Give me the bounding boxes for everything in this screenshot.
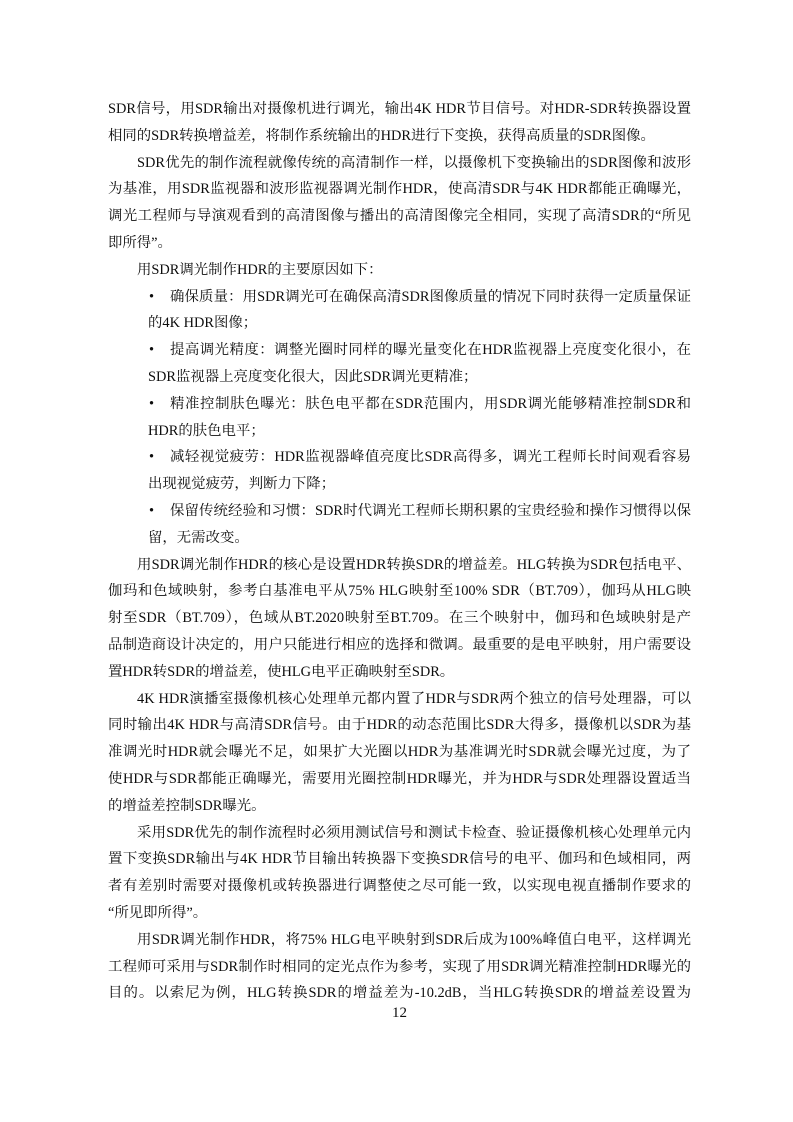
text-line: 品制造商设计决定的，用户只能进行相应的选择和微调。最重要的是电平映射，用户需要设 [108,632,691,659]
paragraph-continuation: SDR信号，用SDR输出对摄像机进行调光，输出4K HDR节目信号。对HDR-S… [108,96,691,150]
bullet-item-precision: •提高调光精度：调整光圈时同样的曝光量变化在HDR监视器上亮度变化很小，在 SD… [148,337,691,391]
text-line: SDR信号，用SDR输出对摄像机进行调光，输出4K HDR节目信号。对HDR-S… [108,96,691,123]
text-line: 留，无需改变。 [148,525,691,552]
text-line: •减轻视觉疲劳：HDR监视器峰值亮度比SDR高得多，调光工程师长时间观看容易 [148,444,691,471]
page-body: SDR信号，用SDR输出对摄像机进行调光，输出4K HDR节目信号。对HDR-S… [108,96,691,1007]
bullet-icon: • [149,444,154,471]
text-line: 工程师可采用与SDR制作时相同的定光点作为参考，实现了用SDR调光精准控制HDR… [108,954,691,981]
bullet-text: 保留传统经验和习惯：SDR时代调光工程师长期积累的宝贵经验和操作习惯得以保 [170,503,691,519]
bullet-icon: • [149,284,154,311]
bullet-text: 确保质量：用SDR调光可在确保高清SDR图像质量的情况下同时获得一定质量保证 [170,289,691,305]
paragraph-reasons-intro: 用SDR调光制作HDR的主要原因如下： [108,257,691,284]
text-line: •确保质量：用SDR调光可在确保高清SDR图像质量的情况下同时获得一定质量保证 [148,284,691,311]
bullet-text: 精准控制肤色曝光：肤色电平都在SDR范围内，用SDR调光能够精准控制SDR和 [170,396,691,412]
text-line: 置HDR转SDR的增益差，使HLG电平正确映射至SDR。 [108,659,691,686]
paragraph-studio-camera: 4K HDR演播室摄像机核心处理单元都内置了HDR与SDR两个独立的信号处理器，… [108,686,691,820]
bullet-item-visual-fatigue: •减轻视觉疲劳：HDR监视器峰值亮度比SDR高得多，调光工程师长时间观看容易 出… [148,444,691,498]
text-line: 用SDR调光制作HDR的核心是设置HDR转换SDR的增益差。HLG转换为SDR包… [108,552,691,579]
paragraph-sony-example: 用SDR调光制作HDR，将75% HLG电平映射到SDR后成为100%峰值白电平… [108,927,691,1007]
bullet-icon: • [149,337,154,364]
text-line: 置下变换SDR输出与4K HDR节目输出转换器下变换SDR信号的电平、伽玛和色域… [108,846,691,873]
text-line: 的增益差控制SDR曝光。 [108,793,691,820]
text-line: 者有差别时需要对摄像机或转换器进行调整使之尽可能一致，以实现电视直播制作要求的 [108,873,691,900]
bullet-icon: • [149,498,154,525]
text-line: HDR的肤色电平； [148,418,691,445]
text-line: 为基准，用SDR监视器和波形监视器调光制作HDR，使高清SDR与4K HDR都能… [108,176,691,203]
text-line: 即所得”。 [108,230,691,257]
paragraph-gain-difference: 用SDR调光制作HDR的核心是设置HDR转换SDR的增益差。HLG转换为SDR包… [108,552,691,686]
text-line: 出现视觉疲劳，判断力下降； [148,471,691,498]
bullet-text: 提高调光精度：调整光圈时同样的曝光量变化在HDR监视器上亮度变化很小，在 [170,342,691,358]
bullet-icon: • [149,391,154,418]
text-line: 调光工程师与导演观看到的高清图像与播出的高清图像完全相同，实现了高清SDR的“所… [108,203,691,230]
text-line: 用SDR调光制作HDR，将75% HLG电平映射到SDR后成为100%峰值白电平… [108,927,691,954]
text-line: 相同的SDR转换增益差，将制作系统输出的HDR进行下变换，获得高质量的SDR图像… [108,123,691,150]
text-line: SDR监视器上亮度变化很大，因此SDR调光更精准； [148,364,691,391]
text-line: 使HDR与SDR都能正确曝光，需要用光圈控制HDR曝光，并为HDR与SDR处理器… [108,766,691,793]
text-line: •保留传统经验和习惯：SDR时代调光工程师长期积累的宝贵经验和操作习惯得以保 [148,498,691,525]
bullet-text: 减轻视觉疲劳：HDR监视器峰值亮度比SDR高得多，调光工程师长时间观看容易 [170,449,691,465]
paragraph-test-signal-verification: 采用SDR优先的制作流程时必须用测试信号和测试卡检查、验证摄像机核心处理单元内 … [108,820,691,927]
text-line: 4K HDR演播室摄像机核心处理单元都内置了HDR与SDR两个独立的信号处理器，… [108,686,691,713]
text-line: 采用SDR优先的制作流程时必须用测试信号和测试卡检查、验证摄像机核心处理单元内 [108,820,691,847]
text-line: •提高调光精度：调整光圈时同样的曝光量变化在HDR监视器上亮度变化很小，在 [148,337,691,364]
text-line: 准调光时HDR就会曝光不足，如果扩大光圈以HDR为基准调光时SDR就会曝光过度，… [108,739,691,766]
bullet-item-tradition: •保留传统经验和习惯：SDR时代调光工程师长期积累的宝贵经验和操作习惯得以保 留… [148,498,691,552]
paragraph-sdr-first-workflow: SDR优先的制作流程就像传统的高清制作一样，以摄像机下变换输出的SDR图像和波形… [108,150,691,257]
text-line: SDR优先的制作流程就像传统的高清制作一样，以摄像机下变换输出的SDR图像和波形 [108,150,691,177]
bullet-item-quality: •确保质量：用SDR调光可在确保高清SDR图像质量的情况下同时获得一定质量保证 … [148,284,691,338]
bullet-item-skin-tone: •精准控制肤色曝光：肤色电平都在SDR范围内，用SDR调光能够精准控制SDR和 … [148,391,691,445]
text-line: 射至SDR（BT.709），色域从BT.2020映射至BT.709。在三个映射中… [108,605,691,632]
text-line: 同时输出4K HDR与高清SDR信号。由于HDR的动态范围比SDR大得多，摄像机… [108,712,691,739]
text-line: •精准控制肤色曝光：肤色电平都在SDR范围内，用SDR调光能够精准控制SDR和 [148,391,691,418]
text-line: “所见即所得”。 [108,900,691,927]
page-number: 12 [108,1003,691,1023]
text-line: 用SDR调光制作HDR的主要原因如下： [108,257,691,284]
text-line: 的4K HDR图像； [148,310,691,337]
text-line: 伽玛和色域映射，参考白基准电平从75% HLG映射至100% SDR（BT.70… [108,578,691,605]
document-page: SDR信号，用SDR输出对摄像机进行调光，输出4K HDR节目信号。对HDR-S… [0,0,793,1122]
